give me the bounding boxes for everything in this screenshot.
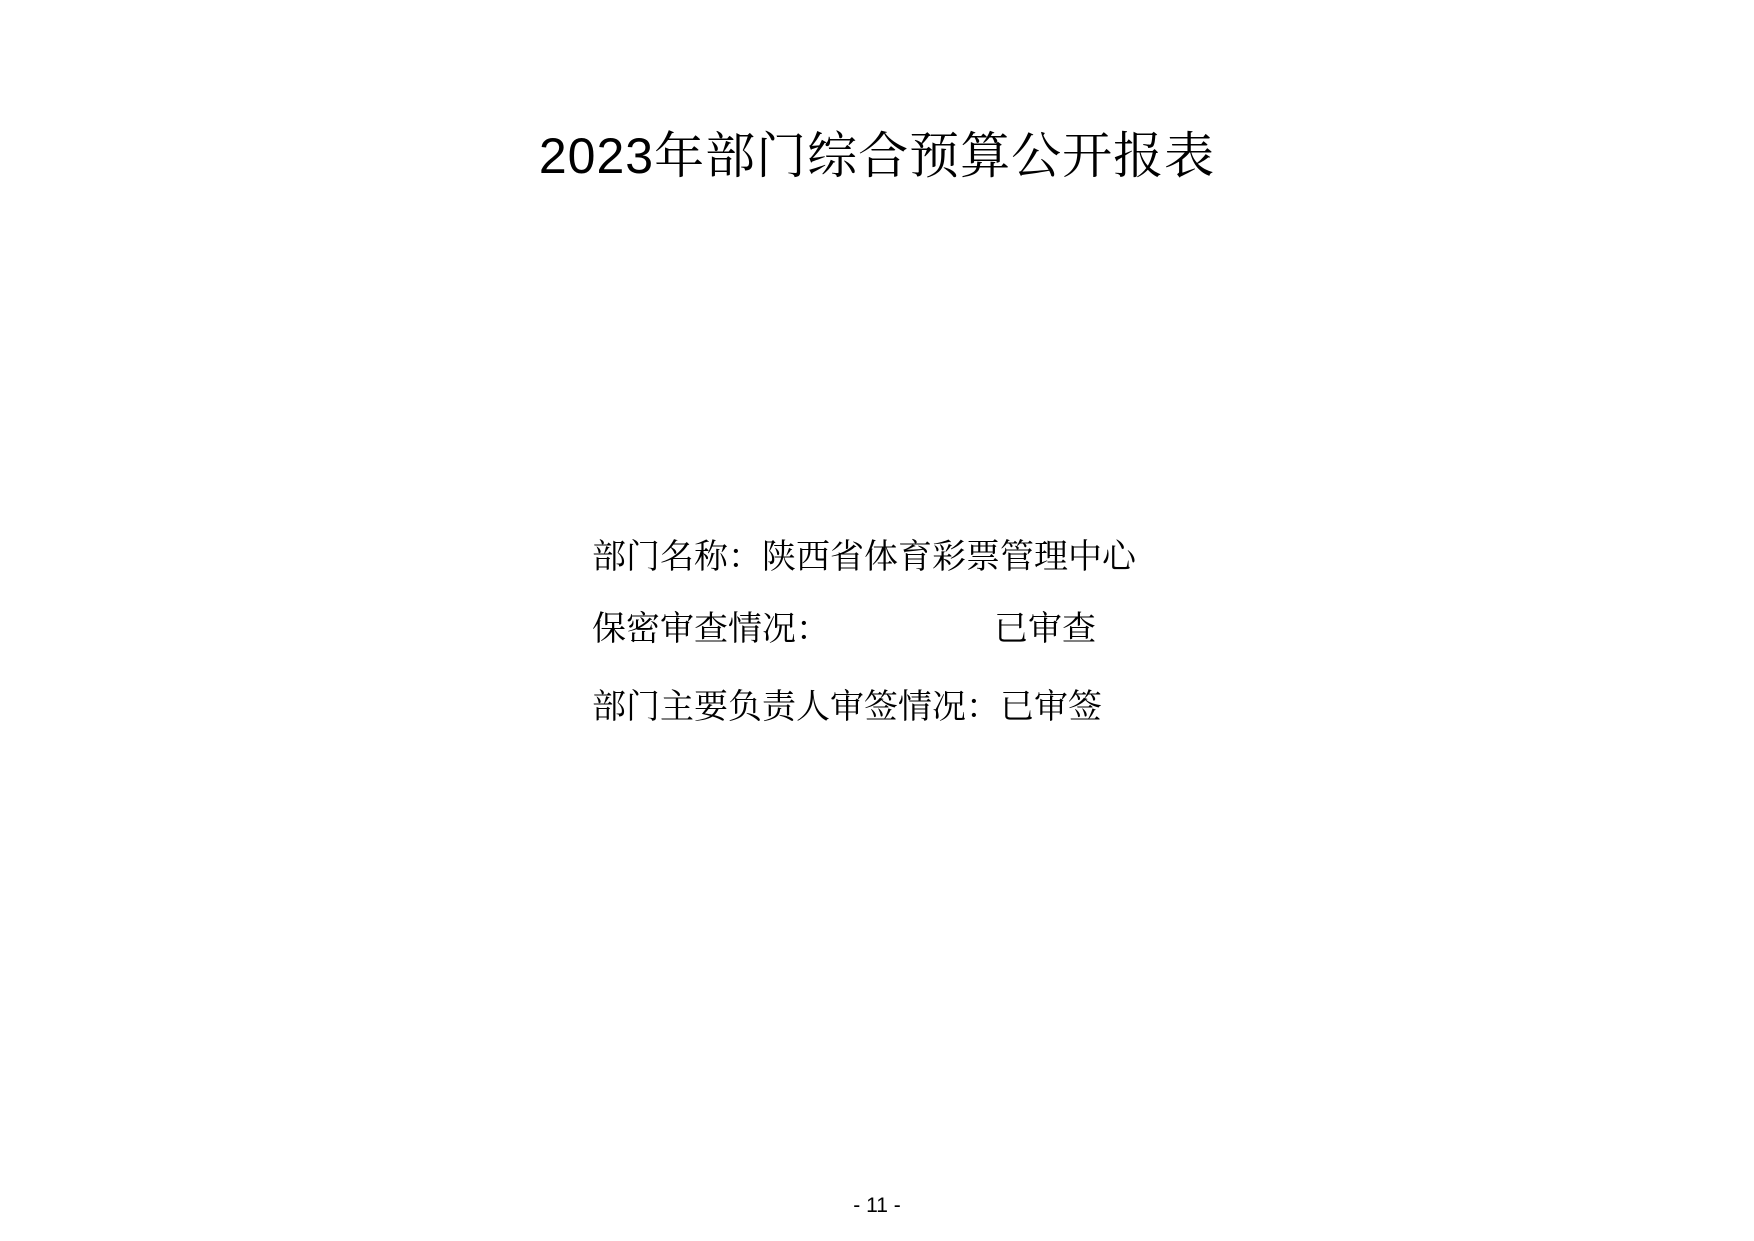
field-responsible-person-signoff: 部门主要负责人审签情况：已审签 [592,690,1102,724]
field-confidentiality-review-value: 已审查 [994,610,1096,648]
page-number: - 11 - [0,1195,1754,1216]
field-confidentiality-review-label: 保密审查情况： [592,610,830,648]
document-page: 2023年部门综合预算公开报表 部门名称：陕西省体育彩票管理中心 保密审查情况：… [0,0,1754,1241]
field-responsible-person-signoff-label: 部门主要负责人审签情况： [592,688,1000,726]
field-responsible-person-signoff-value: 已审签 [1000,688,1102,726]
field-department-name: 部门名称：陕西省体育彩票管理中心 [592,540,1136,574]
field-confidentiality-review: 保密审查情况：已审查 [592,612,1096,646]
field-department-name-value: 陕西省体育彩票管理中心 [762,538,1136,576]
tab-spacer [830,639,994,640]
field-department-name-label: 部门名称： [592,538,762,576]
document-title: 2023年部门综合预算公开报表 [0,128,1754,184]
